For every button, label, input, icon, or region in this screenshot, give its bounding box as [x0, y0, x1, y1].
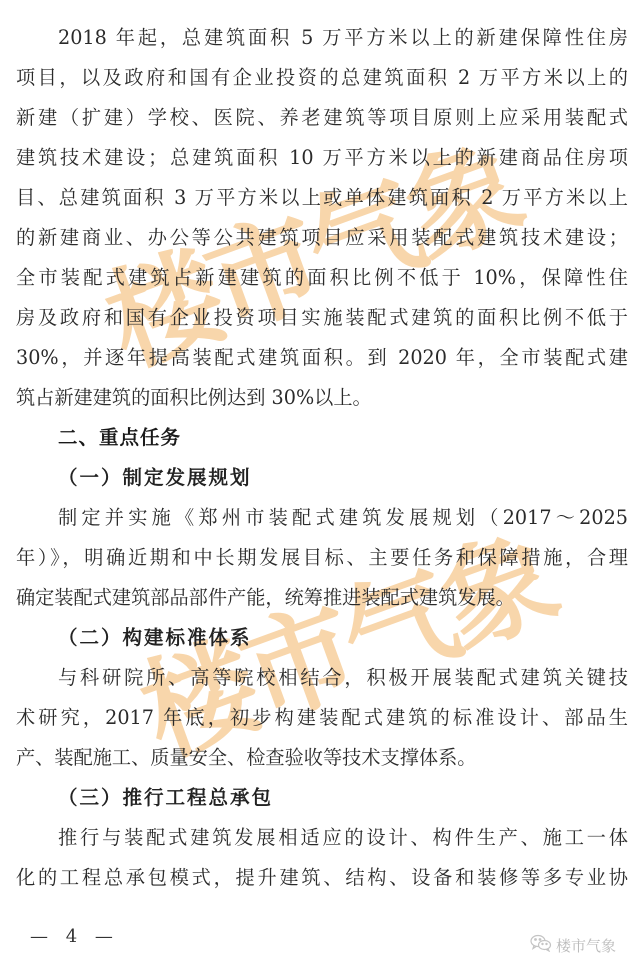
wechat-icon	[530, 934, 552, 956]
paragraph-line: 建筑技术建设；总建筑面积 10 万平方米以上的新建商品住房项	[16, 138, 628, 178]
subsection-heading: （三）推行工程总承包	[58, 778, 273, 818]
document-page: 楼市气象 楼市气象 2018 年起，总建筑面积 5 万平方米以上的新建保障性住房…	[0, 0, 640, 977]
paragraph-line: 新建（扩建）学校、医院、养老建筑等项目原则上应采用装配式	[16, 98, 628, 138]
paragraph-line: 30%，并逐年提高装配式建筑面积。到 2020 年，全市装配式建	[16, 338, 628, 378]
section-heading: 二、重点任务	[58, 418, 181, 458]
brand-name: 楼市气象	[556, 935, 616, 956]
paragraph-line: 的新建商业、办公等公共建筑项目应采用装配式建筑技术建设；	[16, 218, 628, 258]
paragraph-line: 2018 年起，总建筑面积 5 万平方米以上的新建保障性住房	[58, 18, 628, 58]
subsection-heading: （一）制定发展规划	[58, 458, 252, 498]
paragraph-line: 与科研院所、高等院校相结合，积极开展装配式建筑关键技	[58, 658, 628, 698]
paragraph-line: 目、总建筑面积 3 万平方米以上或单体建筑面积 2 万平方米以上	[16, 178, 628, 218]
paragraph-line: 房及政府和国有企业投资项目实施装配式建筑的面积比例不低于	[16, 298, 628, 338]
page-number: — 4 —	[30, 926, 119, 947]
paragraph-line: 确定装配式建筑部品部件产能，统筹推进装配式建筑发展。	[16, 578, 628, 618]
paragraph-line: 年）》，明确近期和中长期发展目标、主要任务和保障措施，合理	[16, 538, 628, 578]
paragraph-line: 制定并实施《郑州市装配式建筑发展规划（2017～2025	[58, 498, 628, 538]
paragraph-line: 项目，以及政府和国有企业投资的总建筑面积 2 万平方米以上的	[16, 58, 628, 98]
paragraph-line: 化的工程总承包模式，提升建筑、结构、设备和装修等多专业协	[16, 858, 628, 898]
paragraph-line: 产、装配施工、质量安全、检查验收等技术支撑体系。	[16, 738, 628, 778]
paragraph-line: 术研究，2017 年底，初步构建装配式建筑的标准设计、部品生	[16, 698, 628, 738]
subsection-heading: （二）构建标准体系	[58, 618, 252, 658]
paragraph-line: 全市装配式建筑占新建建筑的面积比例不低于 10%，保障性住	[16, 258, 628, 298]
footer-brand: 楼市气象	[530, 934, 616, 956]
paragraph-line: 推行与装配式建筑发展相适应的设计、构件生产、施工一体	[58, 818, 628, 858]
paragraph-line: 筑占新建建筑的面积比例达到 30%以上。	[16, 378, 628, 418]
